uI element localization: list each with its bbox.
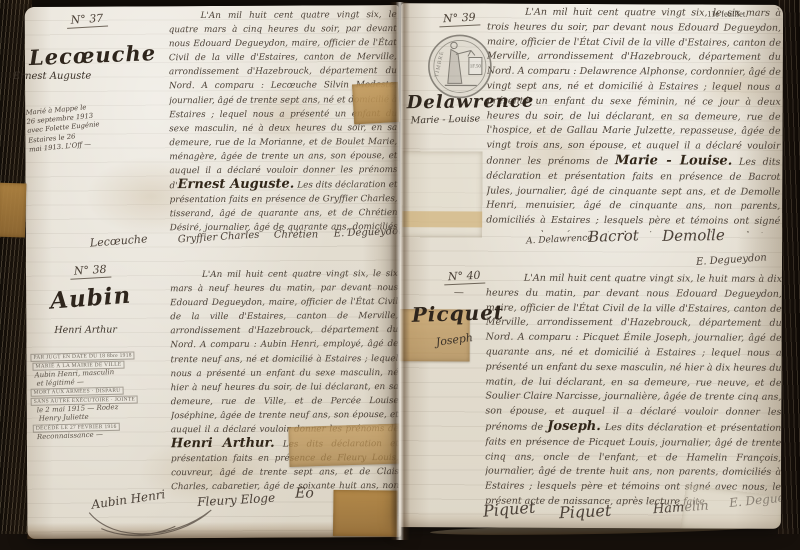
tape-patch xyxy=(288,424,401,467)
act-38-text-start: L'An mil huit cent quatre vingt six, le … xyxy=(170,269,399,435)
margin-given-names: Marie - Louise xyxy=(410,113,480,126)
act-39-text-start: L'An mil huit cent quatre vingt six, le … xyxy=(486,7,781,167)
margin-surname-aubin: Aubin xyxy=(49,282,132,315)
act-39-child-name: Marie - Louise. xyxy=(615,153,732,169)
tape-residue-band xyxy=(402,211,482,227)
signature: Eo xyxy=(295,485,314,501)
stamp-value: 1F.50 xyxy=(470,64,482,69)
tape-patch xyxy=(333,490,398,537)
act-40-child-name: Joseph. xyxy=(547,419,601,434)
margin-surname-lecoeuche: Lecœuche xyxy=(28,40,156,70)
marriage-margin-note: Marié à Mappe le 26 septembre 1913 avec … xyxy=(25,101,117,155)
register-page-left: N° 37 Lecœuche Ernest Auguste Marié à Ma… xyxy=(25,5,402,539)
margin-surname-picquet: Picquet xyxy=(411,300,504,327)
signature: A. Delawrence xyxy=(526,233,593,246)
entry-number-38: N° 38 xyxy=(70,262,111,279)
margin-surname-delawrence: Delawrence xyxy=(407,91,535,114)
signature: Piquet xyxy=(559,501,612,522)
entry-number-40: N° 40 xyxy=(444,268,485,285)
signature: E. Degueydon xyxy=(696,252,767,268)
margin-given-names: Ernest Auguste xyxy=(13,70,143,82)
act-40-text-start: L'An mil huit cent quatre vingt six, le … xyxy=(485,273,782,433)
act-39-body: L'An mil huit cent quatre vingt six, le … xyxy=(486,6,781,233)
scanned-register-photo: N° 37 Lecœuche Ernest Auguste Marié à Ma… xyxy=(0,0,800,550)
entry-number-37: N° 37 xyxy=(66,11,107,28)
signature: Lecœuche xyxy=(89,232,148,249)
tape-patch-spine xyxy=(0,183,26,238)
signature-flourish xyxy=(83,502,233,545)
signature: E. Degueydon xyxy=(334,226,405,240)
act-38-child-name: Henri Arthur. xyxy=(171,436,275,452)
signature: Demolle xyxy=(662,226,725,245)
act-40-body: L'An mil huit cent quatre vingt six, le … xyxy=(485,272,782,507)
tape-patch xyxy=(352,82,400,125)
act-37-child-name: Ernest Auguste. xyxy=(178,177,295,193)
margin-handwritten-note: Reconnaissance — xyxy=(37,430,103,441)
margin-given-names: Henri Arthur xyxy=(54,325,117,336)
signature: Chrétien xyxy=(274,229,318,240)
folio-label: 11e feuillet. xyxy=(707,9,747,19)
signature: Bacrot xyxy=(588,226,639,246)
entry-divider-dash: — xyxy=(454,287,464,298)
register-page-right: 11e feuillet. N° 39 1F.50 TIMBRE Delawre… xyxy=(399,3,783,529)
entry-number-39: N° 39 xyxy=(439,10,480,27)
